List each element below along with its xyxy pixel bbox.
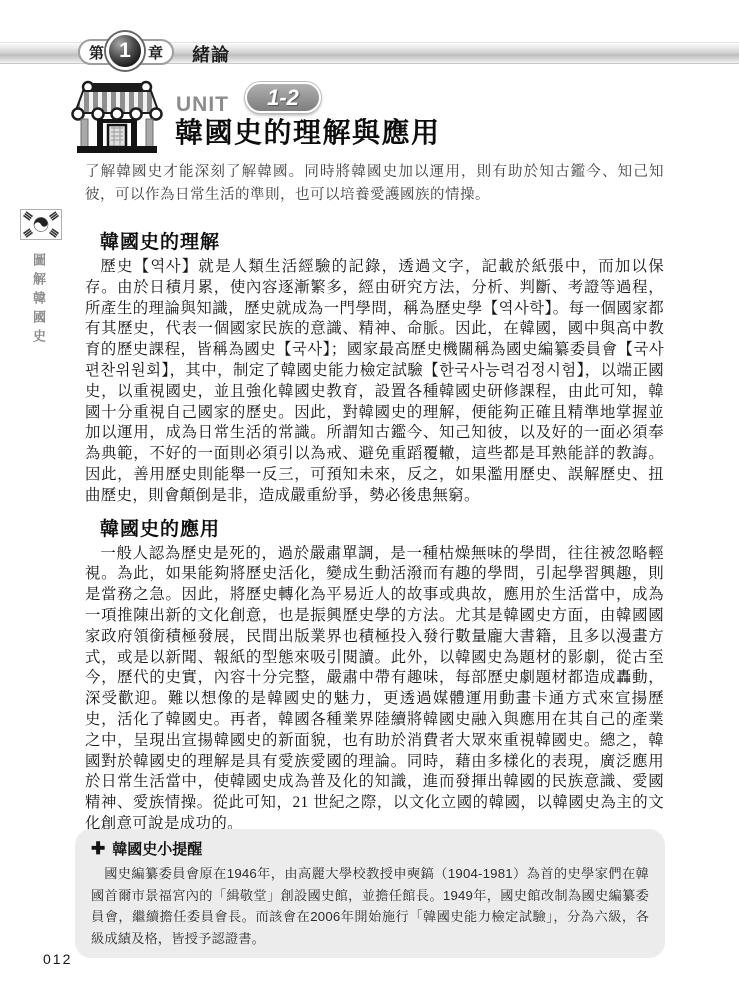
tip-box: ✚ 韓國史小提醒 國史編纂委員會原在1946年，由高麗大學校教授申奭鎬（1904… <box>75 829 665 958</box>
section-heading-understanding: 韓國史的理解 <box>100 227 664 254</box>
section-body-application: 一般人認為歷史是死的，過於嚴肅單調，是一種枯燥無味的學問，往往被忽略輕視。為此，… <box>85 544 664 835</box>
plus-icon: ✚ <box>91 840 105 857</box>
chapter-number-badge: 1 <box>106 32 144 70</box>
storefront-icon <box>71 80 163 159</box>
main-content: 韓國史的理解 歷史【역사】就是人類生活經驗的記錄，透過文字，記載於紙張中，而加以… <box>85 227 664 835</box>
section-heading-application: 韓國史的應用 <box>100 514 664 541</box>
tip-box-title: 韓國史小提醒 <box>112 838 202 859</box>
chapter-prefix: 第 <box>89 42 104 63</box>
section-body-understanding: 歷史【역사】就是人類生活經驗的記錄，透過文字，記載於紙張中，而加以保存。由於日積… <box>85 257 664 507</box>
sidebar-book-title: 圖解韓國史 <box>29 253 48 348</box>
chapter-number: 1 <box>119 39 131 63</box>
chapter-title: 緒論 <box>192 41 230 67</box>
korean-flag-icon <box>20 209 62 245</box>
tip-box-body: 國史編纂委員會原在1946年，由高麗大學校教授申奭鎬（1904-1981）為首的… <box>91 863 649 949</box>
book-page: 第 章 1 緒論 <box>0 0 739 1000</box>
intro-paragraph: 了解韓國史才能深刻了解韓國。同時將韓國史加以運用，則有助於知古鑑今、知己知彼，可… <box>85 161 664 206</box>
tip-box-header: ✚ 韓國史小提醒 <box>91 838 649 859</box>
unit-title: 韓國史的理解與應用 <box>175 111 441 151</box>
chapter-suffix: 章 <box>148 42 163 63</box>
unit-number-badge: 1-2 <box>245 82 321 113</box>
unit-number: 1-2 <box>267 85 299 111</box>
page-number: 012 <box>43 951 72 967</box>
